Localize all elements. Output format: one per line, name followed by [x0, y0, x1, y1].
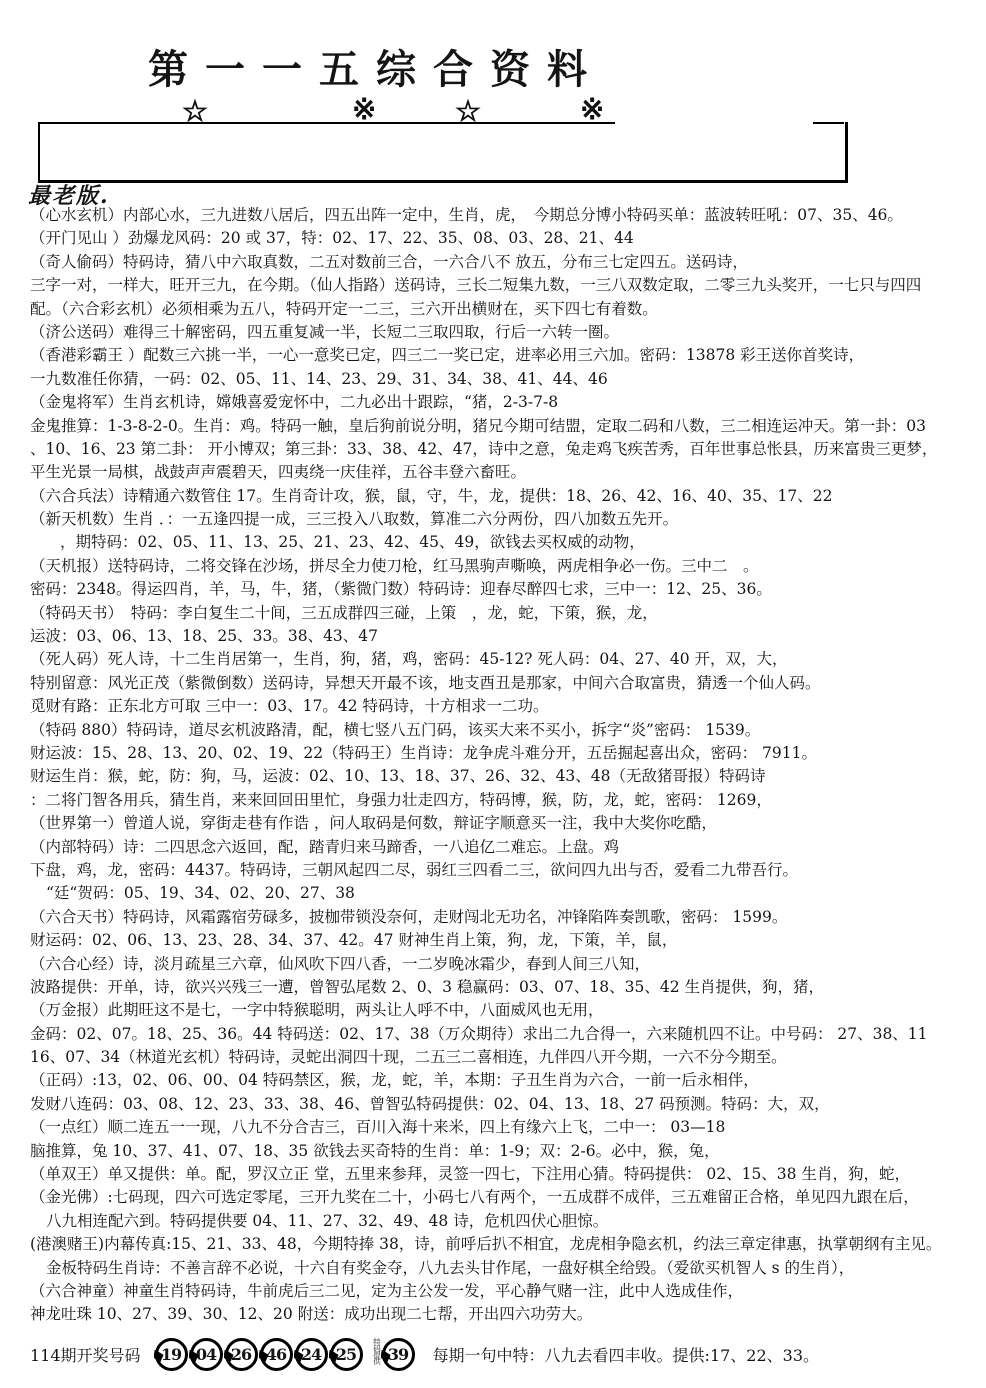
body-line: (港澳赌王)内幕传真:15、21、33、48，今期特捧 38，诗，前呼后扒不相宜…	[0, 1233, 986, 1256]
body-line: 平生光景一局棋，战鼓声声震碧天，四夷绕一庆佳祥，五谷丰登六畜旺。	[0, 461, 986, 484]
draw-number-ball: 04	[190, 1338, 223, 1371]
body-line: （一点红）顺二连五一一现，八九不分合吉三，百川入海十来米，四上有缘六上飞，二中一…	[0, 1116, 986, 1139]
body-line: （万金报）此期旺这不是七，一字中特猴聪明，两头让人呼不中，八面威风也无用，	[0, 999, 986, 1022]
body-line: 神龙吐珠 10、27、39、30、12、20 附送：成功出现二七帮，开出四六功劳…	[0, 1303, 986, 1326]
draw-number-value: 46	[266, 1345, 286, 1364]
draw-number-ball: 26	[225, 1338, 258, 1371]
body-line: 脑推算，兔 10、37、41、07、18、35 欲钱去买奇特的生肖：单：1-9；…	[0, 1140, 986, 1163]
body-line: “廷“贺码：05、19、34、02、20、27、38	[0, 882, 986, 905]
draw-number-ball: 24	[295, 1338, 328, 1371]
draw-number-value: 26	[231, 1345, 251, 1364]
body-line: （新天机数）生肖 ．：一五逢四提一成，三三投入八取数，算准二六分两份，四八加数五…	[0, 508, 986, 531]
draw-result-row: 114期开奖号码 190426462425特码提供39 每期一句中特：八九去看四…	[30, 1332, 986, 1376]
body-line: 配。（六合彩玄机）必须相乘为五八，特码开定一二三，三六开出横财在，买下四七有着数…	[0, 298, 986, 321]
header-box	[38, 122, 848, 183]
body-line: （金光佛）:七码现，四六可选定零尾，三开九奖在二十，小码七八有两个，一五成群不成…	[0, 1186, 986, 1209]
body-line: 密码：2348。得运四肖，羊，马，牛，猪，（紫微门数）特码诗：迎春尽醉四七求，三…	[0, 578, 986, 601]
body-line: （死人码）死人诗，十二生肖居第一，生肖，狗，猪，鸡，密码：45-12? 死人码：…	[0, 648, 986, 671]
body-line: （特码 880）特码诗，道尽玄机波路清，配，横七竖八五门码，该买大来不买小，拆字…	[0, 719, 986, 742]
body-line: （单双王）单又提供：单。配，罗汉立正 堂，五里来参拜，灵签一四七，下注用心猜。特…	[0, 1163, 986, 1186]
body-line: 金板特码生肖诗：不善言辞不必说，十六自有奖金夺，八九去头甘作尾，一盘好棋全给毁。…	[0, 1257, 986, 1280]
body-line: （济公送码）难得三十解密码，四五重复减一半，长短二三取四取，行后一六转一圈。	[0, 321, 986, 344]
body-line: 金码：02、07。18、25、36。44 特码送：02、17、38（万众期待）求…	[0, 1023, 986, 1046]
body-line: 一九数准任你猜，一码：02、05、11、14、23、29、31、34、38、41…	[0, 368, 986, 391]
body-line: （金鬼将军）生肖玄机诗，嫦娥喜爱宠怀中，二九必出十跟踪，“猪，2-3-7-8	[0, 391, 986, 414]
body-line: ：二将门智各用兵，猜生肖，来来回回田里忙，身强力壮走四方，特码博，猴，防，龙，蛇…	[0, 789, 986, 812]
body-line: 16、07、34（林道光玄机）特码诗，灵蛇出洞四十现，二五三二喜相连，九伴四八开…	[0, 1046, 986, 1069]
body-line: 财运码：02、06、13、23、28、34、37、42。47 财神生肖上策，狗，…	[0, 929, 986, 952]
draw-number-ball: 25	[330, 1338, 363, 1371]
draw-label: 114期开奖号码	[30, 1343, 141, 1366]
body-line: （开门见山 ）劲爆龙风码：20 或 37，特：02、17、22、35、08、03…	[0, 227, 986, 250]
body-line: （特码天书） 特码：李白复生二十间，三五成群四三碰，上策 ，龙，蛇，下策，猴，龙…	[0, 602, 986, 625]
body-line: 觅财有路：正东北方可取 三中一：03、17。42 特码诗，十方相求一二功。	[0, 695, 986, 718]
draw-number-value: 25	[336, 1345, 356, 1364]
body-line: （六合心经）诗，淡月疏星三六章，仙风吹下四八香，一二岁晚冰霜少，春到人间三八知，	[0, 953, 986, 976]
special-code-marker: 特码提供	[365, 1338, 381, 1370]
draw-note: 每期一句中特：八九去看四丰收。提供:17、22、33。	[433, 1343, 819, 1366]
draw-number-value: 24	[301, 1345, 321, 1364]
body-line: 下盘，鸡，龙，密码：4437。特码诗，三朝风起四二尽，弱红三四看二三，欲问四九出…	[0, 859, 986, 882]
body-line: （心水玄机）内部心水，三九进数八居后，四五出阵一定中，生肖，虎， 今期总分博小特…	[0, 204, 986, 227]
page-title: 第一一五综合资料	[0, 38, 986, 95]
body-line: 运波：03、06、13、18、25、33。38、43、47	[0, 625, 986, 648]
header-box-top-left-segment	[38, 122, 615, 124]
body-line: 三字一对，一样大，旺开三九，在今期。（仙人指路）送码诗，三长二短集九数，一三八双…	[0, 274, 986, 297]
body-line: 、10、16、23 第二卦： 开小博双；第三卦：33、38、42、47，诗中之意…	[0, 438, 986, 461]
draw-number-value: 04	[196, 1345, 216, 1364]
body-line: （正码）:13，02、06、00、04 特码禁区，猴，龙，蛇，羊，本期：子丑生肖…	[0, 1069, 986, 1092]
body-line: 财运波：15、28、13、20、02、19、22（特码王）生肖诗：龙争虎斗难分开…	[0, 742, 986, 765]
reference-mark-icon: ※	[580, 92, 604, 126]
body-line: （香港彩霸王 ）配数三六挑一半，一心一意奖已定，四三二一奖已定，进率必用三六加。…	[0, 344, 986, 367]
body-line: （六合神童）神童生肖特码诗，牛前虎后三二见，定为主公发一发，平心静气赌一注，此中…	[0, 1280, 986, 1303]
body-text: （心水玄机）内部心水，三九进数八居后，四五出阵一定中，生肖，虎， 今期总分博小特…	[0, 204, 986, 1327]
draw-number-ball: 39	[382, 1338, 415, 1371]
body-line: 金鬼推算：1-3-8-2-0。生肖：鸡。特码一触，皇后狗前说分明，猪兄今期可结盟…	[0, 415, 986, 438]
body-line: 八九相连配六到。特码提供要 04、11、27、32、49、48 诗，危机四伏心胆…	[0, 1210, 986, 1233]
body-line: 财运生肖：猴，蛇，防：狗，马，运波：02、10、13、18、37、26、32、4…	[0, 765, 986, 788]
draw-number-value: 19	[161, 1345, 181, 1364]
body-line: ，期特码：02、05、11、13、25、21、23、42、45、49，欲钱去买权…	[0, 531, 986, 554]
body-line: 发财八连码：03、08、12、23、33、38、46、曾智弘特码提供：02、04…	[0, 1093, 986, 1116]
draw-number-value: 39	[388, 1345, 408, 1364]
header-box-top-right-segment	[813, 122, 844, 124]
reference-mark-icon: ※	[352, 92, 376, 126]
body-line: （内部特码）诗：二四思念六返回，配，踏青归来马蹄香，一八追亿二难忘。上盘。鸡	[0, 836, 986, 859]
lottery-info-sheet: 第一一五综合资料 ☆※☆※ 最老版. （心水玄机）内部心水，三九进数八居后，四五…	[0, 0, 986, 1388]
draw-number-ball: 19	[155, 1338, 188, 1371]
draw-number-ball: 46	[260, 1338, 293, 1371]
body-line: （世界第一）曾道人说，穿街走巷有作诰 ，问人取码是何数，辩证字顺意买一注，我中大…	[0, 812, 986, 835]
body-line: （奇人偷码）特码诗，猜八中六取真数，二五对数前三合，一六合八不 放五，分布三七定…	[0, 251, 986, 274]
body-line: 特别留意：风光正茂（紫微倒数）送码诗，异想天开最不该，地支酉丑是那家，中间六合取…	[0, 672, 986, 695]
body-line: 波路提供：开单，诗，欲兴兴残三一遭，曾智弘尾数 2、0、3 稳赢码：03、07、…	[0, 976, 986, 999]
body-line: （六合兵法）诗精通六数管住 17。生肖奇计攻，猴，鼠，守，牛，龙，提供：18、2…	[0, 485, 986, 508]
draw-numbers: 190426462425特码提供39	[155, 1334, 417, 1374]
body-line: （六合天书）特码诗，风霜露宿劳碌多，披枷带锁没奈何，走财闯北无功名，冲锋陷阵奏凯…	[0, 906, 986, 929]
body-line: （天机报）送特码诗，二将交锋在沙场，拼尽全力使刀枪，红马黑驹声嘶唤，两虎相争必一…	[0, 555, 986, 578]
